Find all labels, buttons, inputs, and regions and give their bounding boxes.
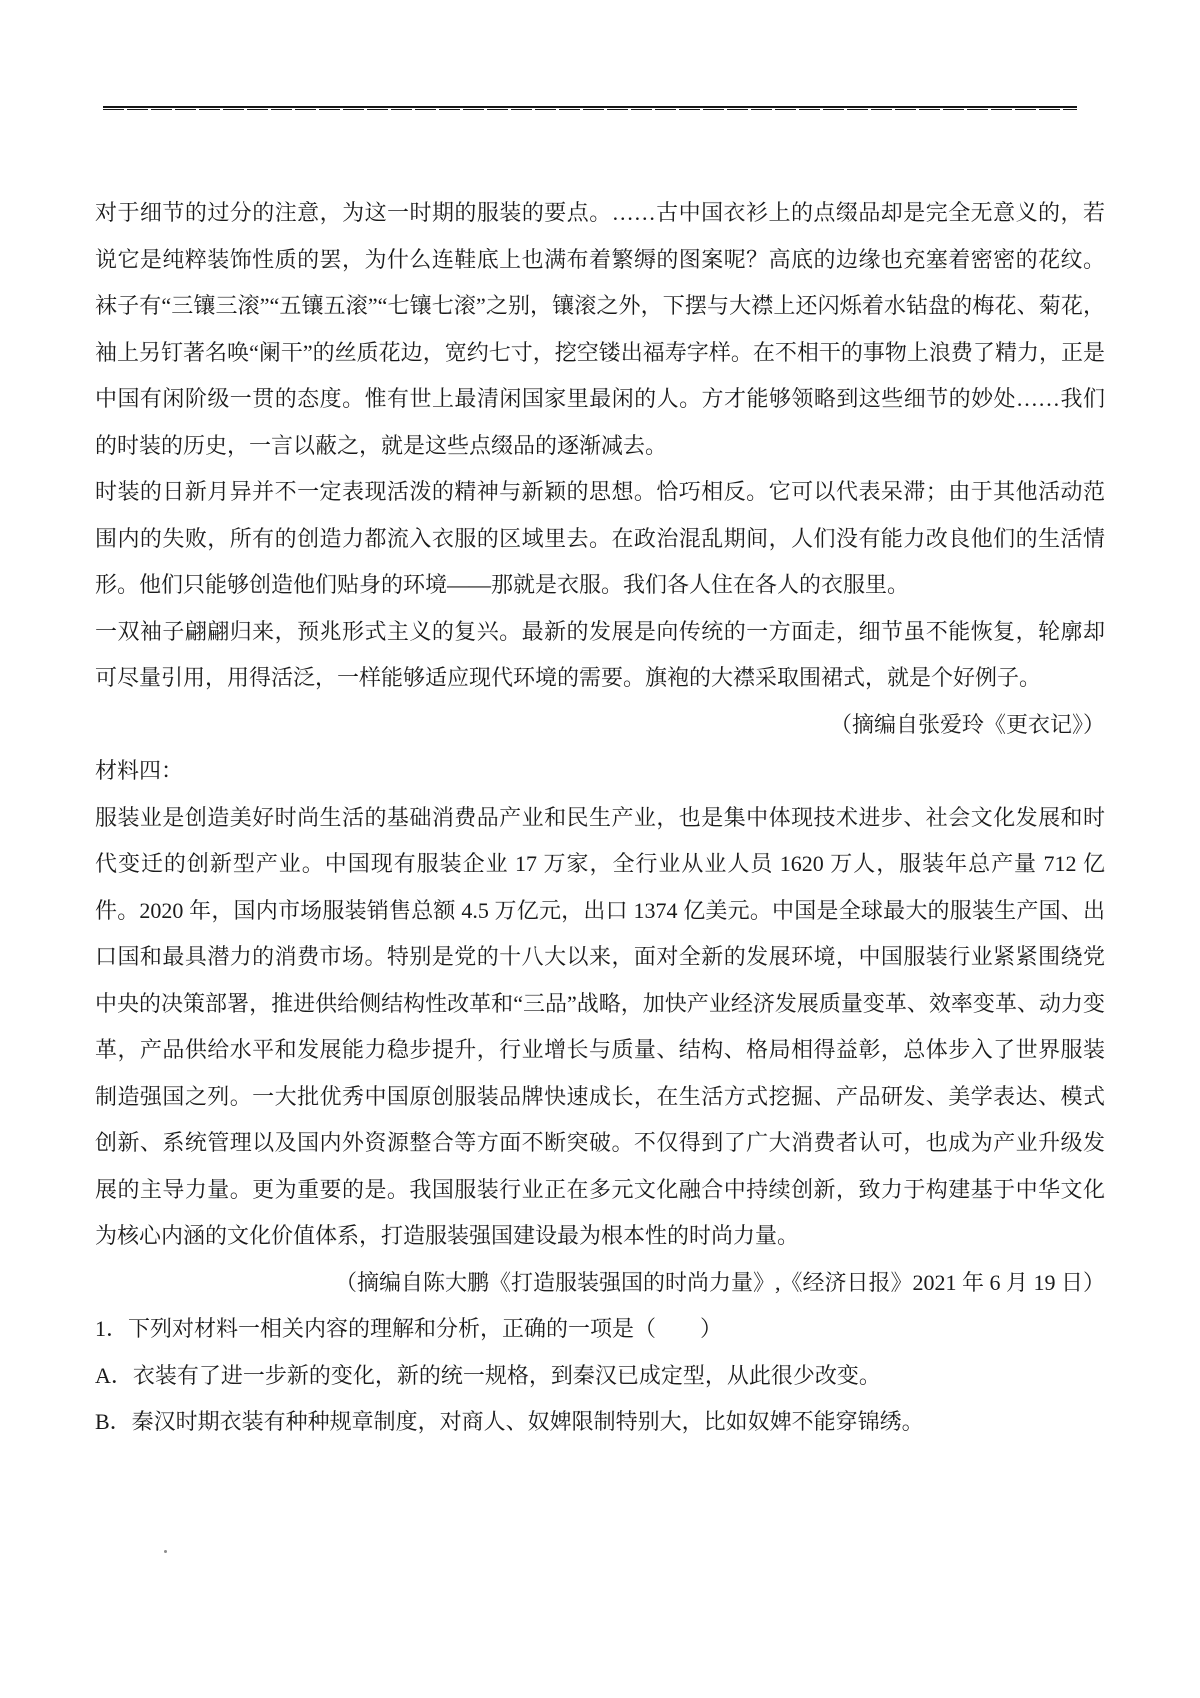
paragraph-fashion-stagnation: 时装的日新月异并不一定表现活泼的精神与新颖的思想。恰巧相反。它可以代表呆滞；由于… (95, 469, 1105, 609)
question-1-option-b: B．秦汉时期衣装有种种规章制度，对商人、奴婢限制特别大，比如奴婢不能穿锦绣。 (95, 1399, 1105, 1446)
document-page: 对于细节的过分的注意，为这一时期的服装的要点。……古中国衣衫上的点缀品却是完全无… (0, 0, 1200, 1698)
document-body: 对于细节的过分的注意，为这一时期的服装的要点。……古中国衣衫上的点缀品却是完全无… (95, 190, 1105, 1446)
stray-ink-dot (164, 1550, 167, 1553)
paragraph-sleeves-revival: 一双袖子翩翩归来，预兆形式主义的复兴。最新的发展是向传统的一方面走，细节虽不能恢… (95, 609, 1105, 702)
paragraph-apparel-industry: 服装业是创造美好时尚生活的基础消费品产业和民生产业，也是集中体现技术进步、社会文… (95, 795, 1105, 1260)
citation-zhang-ailing: （摘编自张爱玲《更衣记》） (95, 702, 1105, 749)
heading-material-four: 材料四： (95, 748, 1105, 795)
question-1-option-a: A．衣装有了进一步新的变化，新的统一规格，到秦汉已成定型，从此很少改变。 (95, 1353, 1105, 1400)
citation-chen-dapeng: （摘编自陈大鹏《打造服装强国的时尚力量》,《经济日报》2021 年 6 月 19… (95, 1260, 1105, 1307)
page-top-divider (103, 106, 1077, 110)
question-1-stem: 1．下列对材料一相关内容的理解和分析，正确的一项是（ ） (95, 1306, 1105, 1353)
paragraph-fashion-details: 对于细节的过分的注意，为这一时期的服装的要点。……古中国衣衫上的点缀品却是完全无… (95, 190, 1105, 469)
